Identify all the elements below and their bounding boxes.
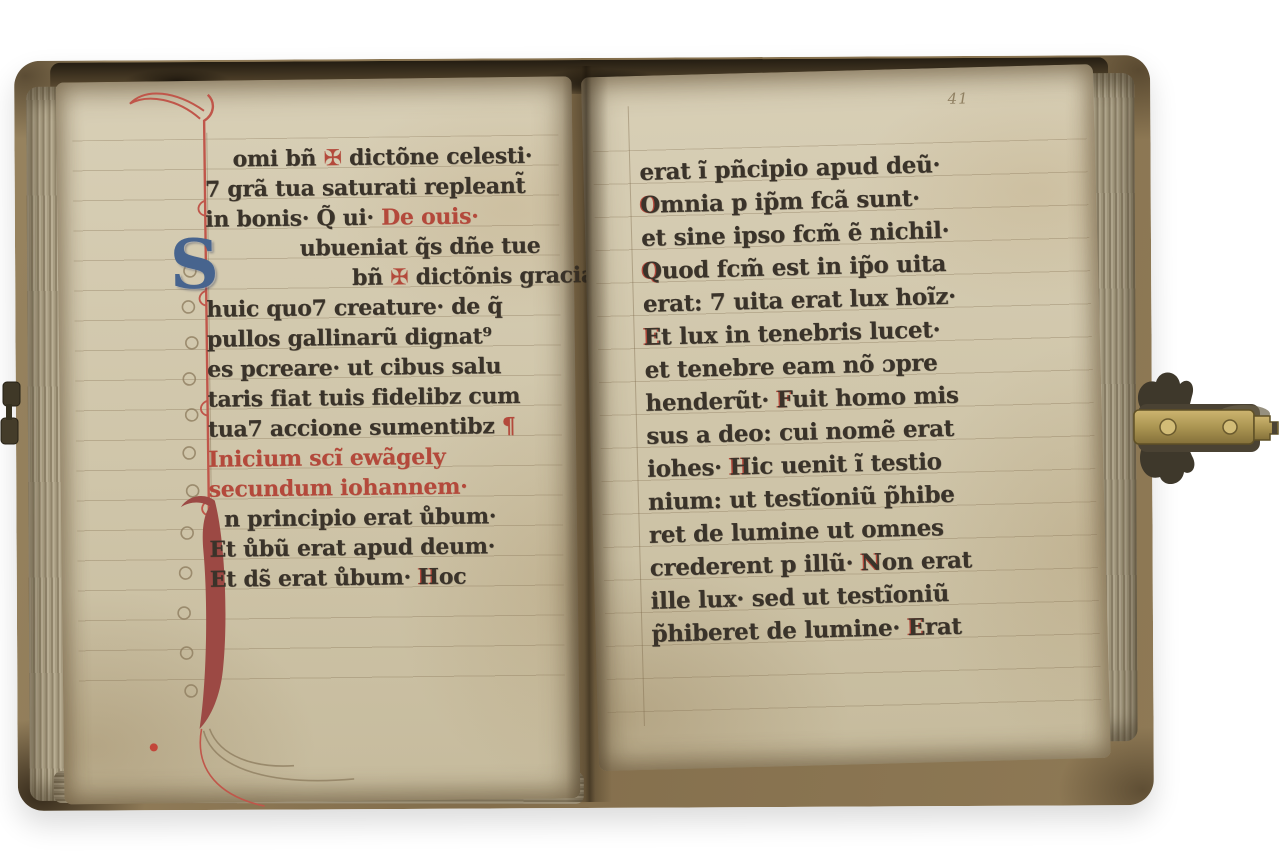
body-text: p̃hiberet de lumine· [651, 614, 908, 648]
manuscript-line: taris fiat tuis fidelibz cum [207, 380, 571, 414]
body-text: nium: ut testĩoniũ p̃hibe [648, 481, 955, 516]
rubric-text: De ouis· [381, 203, 479, 230]
body-text: Et ds̃ erat ůbum· [210, 564, 419, 593]
manuscript-line: omi bñ ✠ dictõne celesti· [204, 140, 568, 174]
body-text: tua7 accione sumentibz [208, 413, 502, 443]
body-text: erat ĩ pñcipio apud deũ· [639, 151, 940, 186]
body-text: taris fiat tuis fidelibz cum [207, 383, 520, 413]
body-text: bñ [352, 264, 390, 290]
right-page-text: erat ĩ pñcipio apud deũ·Omnia p ip̃m fcã… [639, 144, 1092, 650]
left-page-text: omi bñ ✠ dictõne celesti·7 grã tua satur… [204, 140, 573, 594]
body-text: mnia p ip̃m fcã sunt· [660, 185, 920, 219]
manuscript-line: pullos gallinarũ dignat⁹ [207, 320, 571, 354]
rubricated-capital: F [776, 386, 792, 413]
body-text: et tenebre eam nõ ɔpre [644, 349, 938, 384]
manuscript-line: Inicium scĩ ewãgely [208, 440, 572, 474]
rubric-text: ✠ [390, 264, 408, 290]
book-cover: S omi bñ ✠ dictõne celesti·7 grã tua sat… [14, 55, 1154, 811]
manuscript-line: 7 grã tua saturati repleant̃ [205, 170, 569, 204]
body-text: uod fcm̃ est in ip̃o uita [661, 250, 946, 284]
rubric-text: ✠ [323, 145, 341, 171]
rubricated-capital: E [643, 323, 661, 350]
folio-number: 41 [947, 89, 969, 108]
body-text: 7 grã tua saturati repleant̃ [205, 173, 526, 203]
red-dot [150, 743, 158, 751]
body-text: henderũt· [645, 386, 777, 416]
rubricated-capital: H [418, 564, 439, 590]
body-text: ret de lumine ut omnes [649, 514, 944, 549]
clasp [1126, 364, 1280, 492]
right-page: 41 erat ĩ pñcipio apud deũ·Omnia p ip̃m … [581, 64, 1111, 771]
manuscript-line: es pcreare· ut cibus salu [207, 350, 571, 384]
gutter-shadow [562, 66, 612, 802]
manuscript-line: bñ ✠ dictõnis gracia [206, 260, 570, 294]
body-text: Et ůbũ erat apud deum· [209, 533, 495, 562]
manuscript-line: n principio erat ůbum· [209, 500, 573, 534]
body-text: uit homo mis [792, 382, 959, 413]
body-text: t lux in tenebris lucet· [661, 316, 941, 350]
body-text: pullos gallinarũ dignat⁹ [207, 323, 492, 352]
body-text: n principio erat ůbum· [224, 503, 496, 532]
body-text: oc [439, 564, 467, 590]
rubric-text: Inicium scĩ ewãgely [208, 444, 445, 473]
rubricated-capital: N [861, 549, 882, 577]
manuscript-photo: S omi bñ ✠ dictõne celesti·7 grã tua sat… [0, 0, 1280, 860]
rubric-text: secundum iohannem· [208, 474, 467, 503]
body-text: ubueniat q̃s dñe tue [300, 233, 541, 262]
body-text: omi bñ [232, 145, 323, 172]
rubricated-capital: H [729, 453, 751, 481]
manuscript-line: Et ůbũ erat apud deum· [209, 530, 573, 564]
rubricated-capital: Q [642, 257, 662, 285]
manuscript-line: secundum iohannem· [208, 470, 572, 504]
clasp-rivet [1223, 420, 1237, 434]
rubric-text: ¶ [502, 413, 516, 439]
body-text: huic quo7 creature· de q̃ [206, 293, 502, 323]
body-text: crederent p illũ· [649, 549, 861, 582]
body-text: es pcreare· ut cibus salu [207, 353, 501, 383]
manuscript-line: tua7 accione sumentibz ¶ [208, 410, 572, 444]
body-text: et sine ipso fcm̃ ẽ nichil· [641, 217, 950, 252]
manuscript-line: in bonis· Q̃ ui· De ouis· [205, 200, 569, 234]
body-text: on erat [881, 546, 972, 575]
body-text: sus a deo: cui nomẽ erat [646, 415, 954, 450]
manuscript-line: ubueniat q̃s dñe tue [206, 230, 570, 264]
body-text: iohes· [647, 454, 730, 483]
body-text: erat: 7 uita erat lux hoĩz· [643, 283, 957, 318]
rubricated-capital: E [907, 614, 925, 641]
body-text: dictõne celesti· [341, 143, 532, 171]
manuscript-line: huic quo7 creature· de q̃ [206, 290, 570, 324]
rubricated-capital: O [640, 191, 660, 219]
body-text: rat [925, 613, 962, 641]
body-text: ic uenit ĩ testio [751, 448, 942, 480]
body-text: in bonis· Q̃ ui· [205, 205, 381, 233]
clasp-rivet [1160, 419, 1176, 435]
body-text: ille lux· sed ut testĩoniũ [650, 580, 949, 615]
left-page: S omi bñ ✠ dictõne celesti·7 grã tua sat… [56, 76, 581, 804]
left-catch-fitting [0, 380, 26, 446]
manuscript-line: Et ds̃ erat ůbum· Hoc [210, 560, 574, 594]
